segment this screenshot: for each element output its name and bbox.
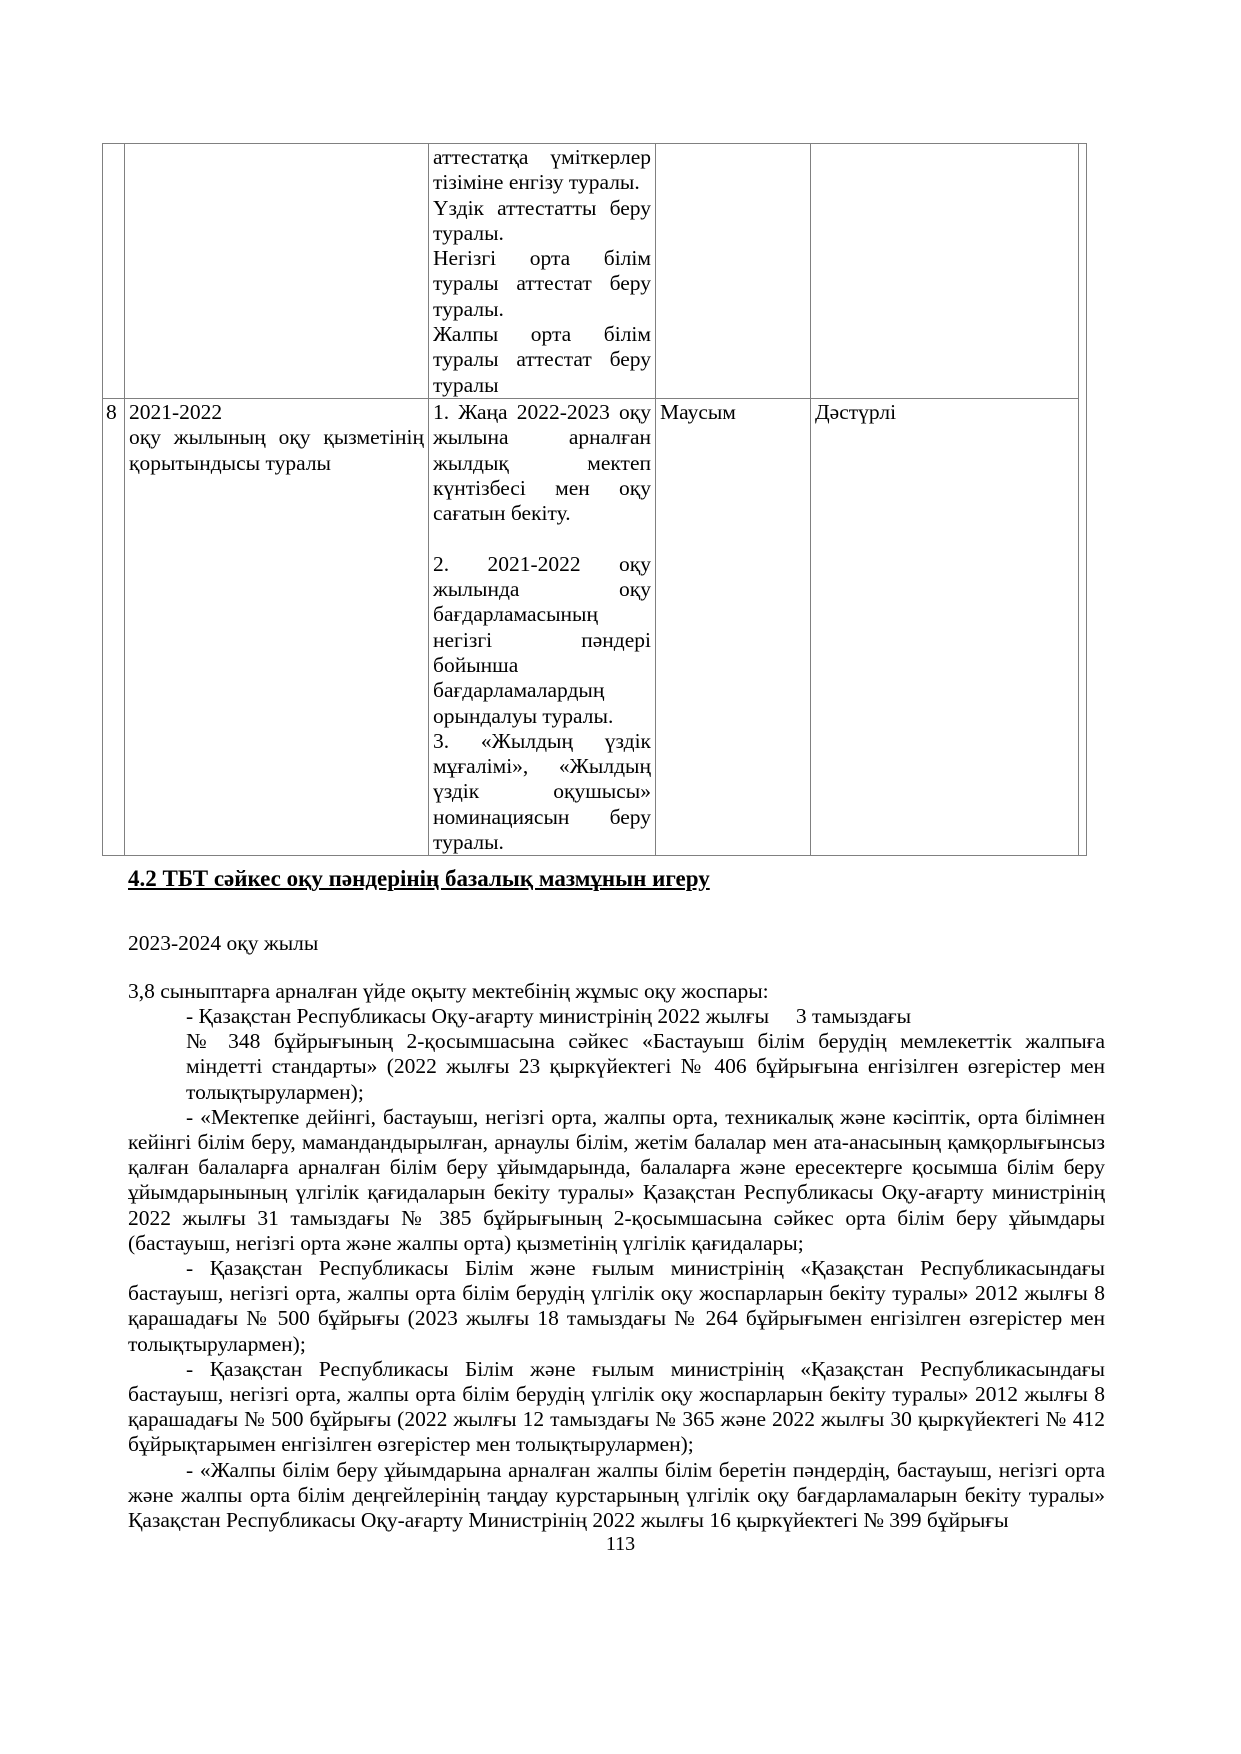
school-year-line: 2023-2024 оқу жылы (128, 931, 1105, 956)
form-cell: Дәстүрлі (811, 398, 1079, 855)
content-cell: 1. Жаңа 2022-2023 оқу жылына арналған жы… (429, 398, 656, 855)
term-cell (656, 144, 811, 399)
table-row-continuation: аттестатқа үміткерлер тізіміне енгізу ту… (103, 144, 1087, 399)
form-cell (811, 144, 1079, 399)
work-plan-table: аттестатқа үміткерлер тізіміне енгізу ту… (102, 143, 1087, 856)
paragraphs-block: - Қазақстан Республикасы Оқу-ағарту мини… (128, 1004, 1105, 1533)
document-page: аттестатқа үміткерлер тізіміне енгізу ту… (0, 0, 1241, 1754)
section-heading: 4.2 ТБТ сәйкес оқу пәндерінің базалық ма… (128, 866, 1105, 892)
paragraph: - «Жалпы білім беру ұйымдарына арналған … (128, 1458, 1105, 1534)
topic-cell: 2021-2022 оқу жылының оқу қызметінің қор… (125, 398, 429, 855)
spacer-cell (1079, 144, 1087, 856)
paragraph: - Қазақстан Республикасы Білім және ғылы… (128, 1357, 1105, 1458)
row-number-cell: 8 (103, 398, 125, 855)
term-cell: Маусым (656, 398, 811, 855)
topic-cell (125, 144, 429, 399)
page-number: 113 (0, 1533, 1241, 1556)
paragraph: - Қазақстан Республикасы Білім және ғылы… (128, 1256, 1105, 1357)
row-number-cell (103, 144, 125, 399)
intro-line: 3,8 сыныптарға арналған үйде оқыту мекте… (128, 979, 1105, 1004)
table-row-8: 8 2021-2022 оқу жылының оқу қызметінің қ… (103, 398, 1087, 855)
paragraph: - «Мектепке дейінгі, бастауыш, негізгі о… (128, 1105, 1105, 1256)
content-cell: аттестатқа үміткерлер тізіміне енгізу ту… (429, 144, 656, 399)
paragraph: - Қазақстан Республикасы Оқу-ағарту мини… (186, 1004, 1105, 1105)
